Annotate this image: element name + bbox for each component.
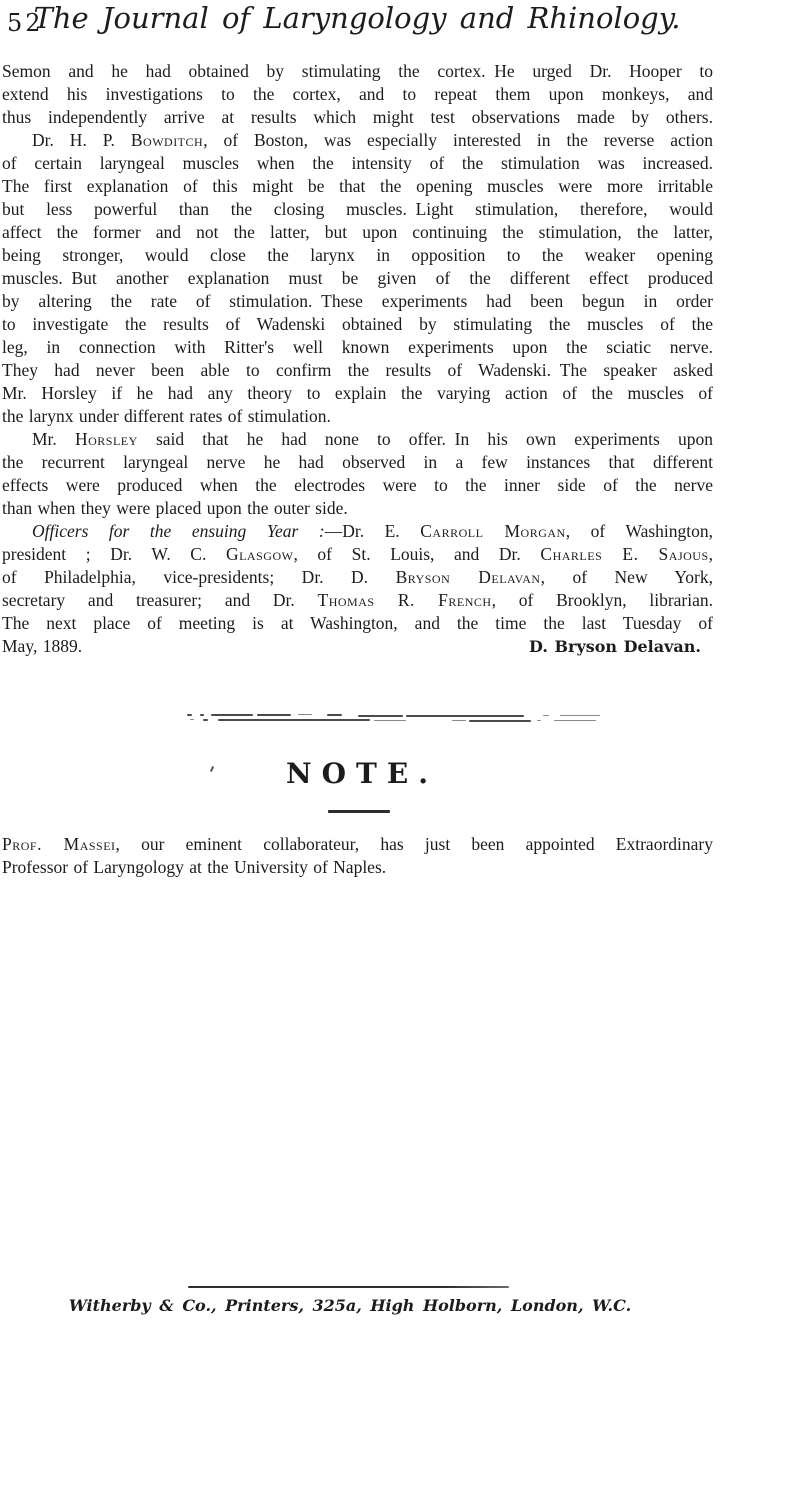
text-line: muscles. But another explanation must be… [2,267,713,290]
text-line: Officers for the ensuing Year :—Dr. E. C… [2,520,713,543]
text-line: the recurrent laryngeal nerve he had obs… [2,451,713,474]
text-line: extend his investigations to the cortex,… [2,83,713,106]
text-line: president ; Dr. W. C. Glasgow, of St. Lo… [2,543,713,566]
text-line: The next place of meeting is at Washingt… [2,612,713,635]
text-line: of Philadelphia, vice-presidents; Dr. D.… [2,566,713,589]
signature-line: May, 1889.D. Bryson Delavan. [2,635,713,658]
text-line: to investigate the results of Wadenski o… [2,313,713,336]
text-line: The first explanation of this might be t… [2,175,713,198]
styled-text: Carroll Morgan [420,521,565,541]
article-text: Semon and he had obtained by stimulating… [2,60,713,658]
text-line: but less powerful than the closing muscl… [2,198,713,221]
text-line: by altering the rate of stimulation. The… [2,290,713,313]
imprint-rule [188,1286,509,1288]
date-text: May, 1889. [2,635,82,658]
text-line: secretary and treasurer; and Dr. Thomas … [2,589,713,612]
text-line: Semon and he had obtained by stimulating… [2,60,713,83]
text-line: They had never been able to confirm the … [2,359,713,382]
scanned-journal-page: { "colors": { "ink": "#1c1c1c", "paper":… [0,0,800,1504]
styled-text: Charles E. Sajous [540,544,708,564]
text-line: Professor of Laryngology at the Universi… [2,856,713,879]
printer-imprint: Witherby & Co., Printers, 325a, High Hol… [0,1296,700,1315]
text-line: Mr. Horsley said that he had none to off… [2,428,713,451]
text-line: effects were produced when the electrode… [2,474,713,497]
styled-text: Thomas R. French [318,590,492,610]
styled-text: Bryson Delavan [396,567,541,587]
styled-text: Bowditch [131,130,203,150]
text-line: leg, in connection with Ritter's well kn… [2,336,713,359]
journal-title: The Journal of Laryngology and Rhinology… [0,1,714,35]
note-heading: NOTE. [0,757,714,790]
styled-text: Horsley [75,429,138,449]
note-heading-rule [328,810,390,813]
text-line: the larynx under different rates of stim… [2,405,713,428]
styled-text: Glasgow [226,544,293,564]
styled-text: Officers for the ensuing Year : [32,521,325,541]
text-line: affect the former and not the latter, bu… [2,221,713,244]
text-line: being stronger, would close the larynx i… [2,244,713,267]
text-line: of certain laryngeal muscles when the in… [2,152,713,175]
text-line: thus independently arrive at results whi… [2,106,713,129]
styled-text: Prof. Massei [2,834,116,854]
text-line: Mr. Horsley if he had any theory to expl… [2,382,713,405]
signature: D. Bryson Delavan. [529,635,713,658]
text-line: than when they were placed upon the oute… [2,497,713,520]
text-line: Dr. H. P. Bowditch, of Boston, was espec… [2,129,713,152]
text-line: Prof. Massei, our eminent collaborateur,… [2,833,713,856]
note-text: Prof. Massei, our eminent collaborateur,… [2,833,713,879]
